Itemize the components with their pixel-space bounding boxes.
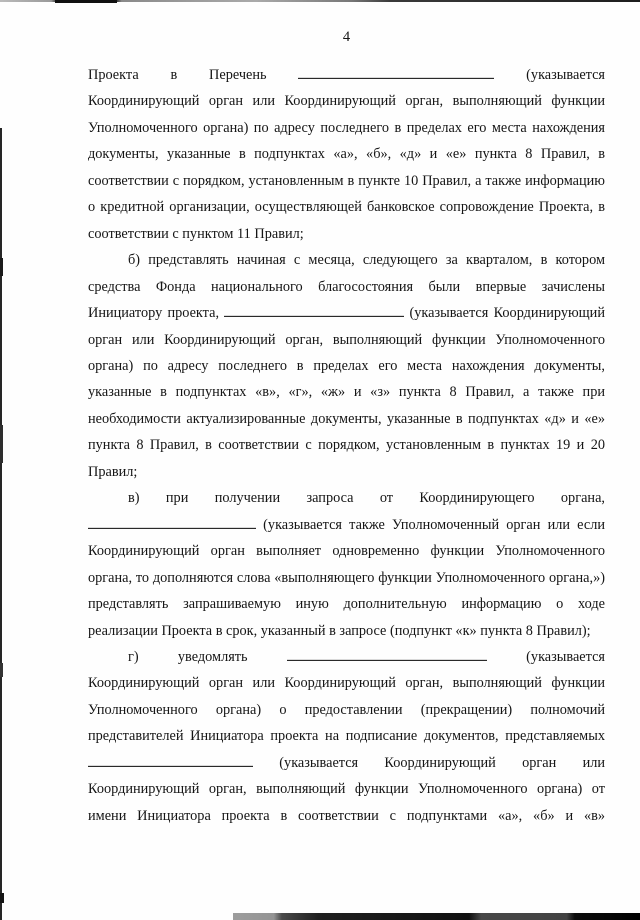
paragraphs: Проекта в Перечень (указывается Координи…	[88, 62, 605, 829]
scan-mark-left	[0, 663, 3, 677]
fill-in-blank-line	[88, 515, 256, 529]
page-content: 4 Проекта в Перечень (указывается Коорди…	[88, 0, 605, 829]
scan-mark-left	[0, 425, 3, 463]
fill-in-blank-line	[287, 647, 487, 661]
paragraph-text: (указывается Координирующий орган или Ко…	[88, 67, 605, 242]
fill-in-blank-line	[88, 753, 253, 767]
page-number: 4	[88, 28, 605, 46]
paragraph-text: (указывается Координирующий орган или Ко…	[88, 305, 605, 480]
paragraph: г) уведомлять (указывается Координирующи…	[88, 644, 605, 829]
scan-edge-left	[0, 128, 2, 920]
paragraph-text: г) уведомлять	[128, 649, 248, 665]
paragraph: в) при получении запроса от Координирующ…	[88, 485, 605, 644]
scan-mark-left	[0, 258, 3, 276]
fill-in-blank-line	[224, 303, 404, 317]
paragraph-text: (указывается также Уполномоченный орган …	[88, 517, 605, 639]
document-page: 4 Проекта в Перечень (указывается Коорди…	[0, 0, 640, 920]
paragraph: Проекта в Перечень (указывается Координи…	[88, 62, 605, 247]
paragraph: б) представлять начиная с месяца, следую…	[88, 247, 605, 485]
scan-edge-bottom	[233, 913, 640, 920]
fill-in-blank-line	[298, 65, 494, 79]
scan-mark-left	[0, 893, 4, 903]
paragraph-text: в) при получении запроса от Координирующ…	[128, 490, 605, 506]
paragraph-text: Проекта в Перечень	[88, 67, 267, 83]
